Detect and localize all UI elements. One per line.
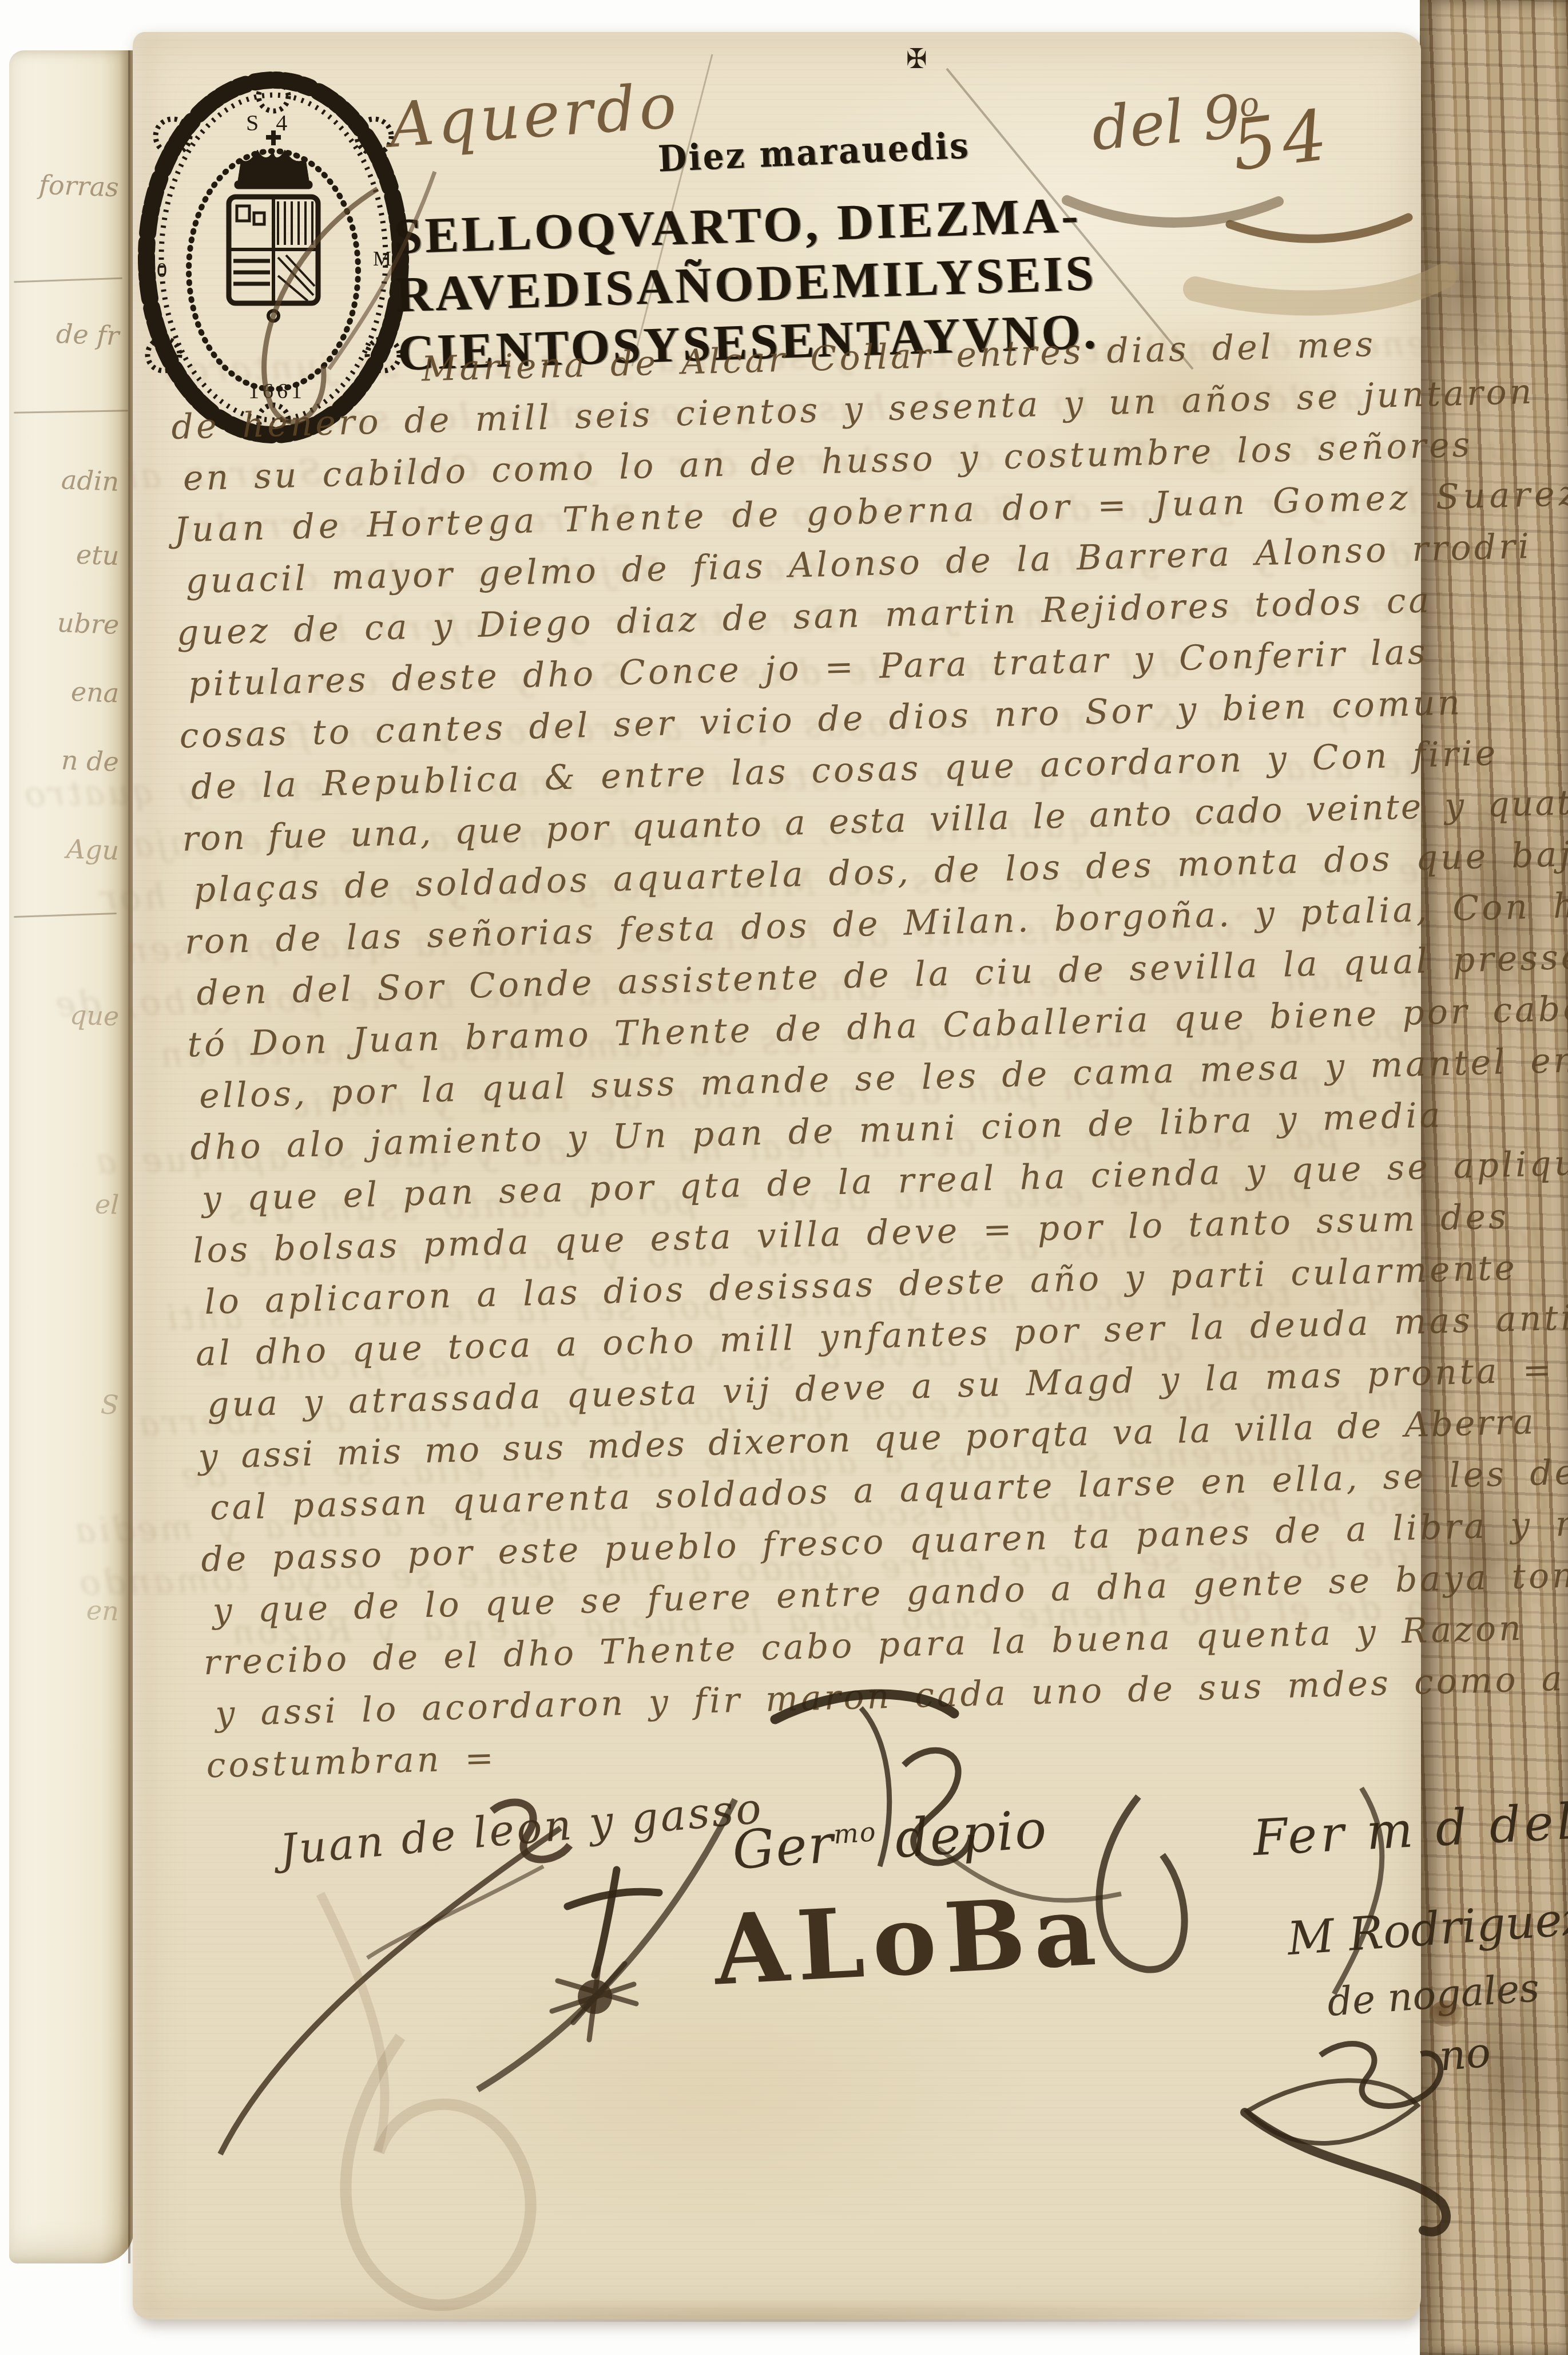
prev-page-entry-rule — [14, 410, 128, 413]
prev-page-fragment: de fr — [55, 318, 120, 351]
printed-tax-line: Diez marauedis — [657, 124, 971, 180]
manuscript-page: de henero de mill seis cientos y sesenta… — [133, 32, 1421, 2320]
prev-page-fragment: ubre — [57, 607, 120, 640]
prev-page-fragment: etu — [76, 539, 120, 572]
ink-blot — [1430, 2000, 1462, 2027]
prev-page-entry-rule — [14, 277, 122, 283]
folio-number: 54 — [1228, 94, 1337, 187]
manuscript-body: Mariena de Alcar Collar entres dias del … — [169, 315, 1534, 1791]
prev-page-fragment: S — [101, 1389, 120, 1420]
prev-page-fragment: forras — [38, 169, 120, 203]
annotation-acuerdo: Aquerdo — [387, 70, 682, 161]
prev-page-fragment: Agu — [66, 833, 120, 866]
prev-page-fragment: el — [94, 1188, 120, 1220]
signature-geronimo: Germo depio — [731, 1798, 1050, 1881]
stamp-top-label: S 4 — [246, 110, 293, 136]
stamp-shield — [229, 197, 318, 321]
prev-page-fragment: ena — [70, 676, 120, 709]
signature-juan-de-leon: Juan de leon y gasso — [278, 1783, 765, 1875]
printer-mark-icon: ✠ — [906, 43, 927, 75]
monogram-aloba: ALoBa — [711, 1873, 1106, 2007]
prev-page-fragment: adin — [61, 464, 120, 497]
stamp-left-label: 10 — [146, 259, 167, 282]
scan-background: { "page": { "folio_number": "54", "top_o… — [0, 0, 1568, 2355]
signature-notary-abbrev: no — [1438, 2028, 1493, 2080]
